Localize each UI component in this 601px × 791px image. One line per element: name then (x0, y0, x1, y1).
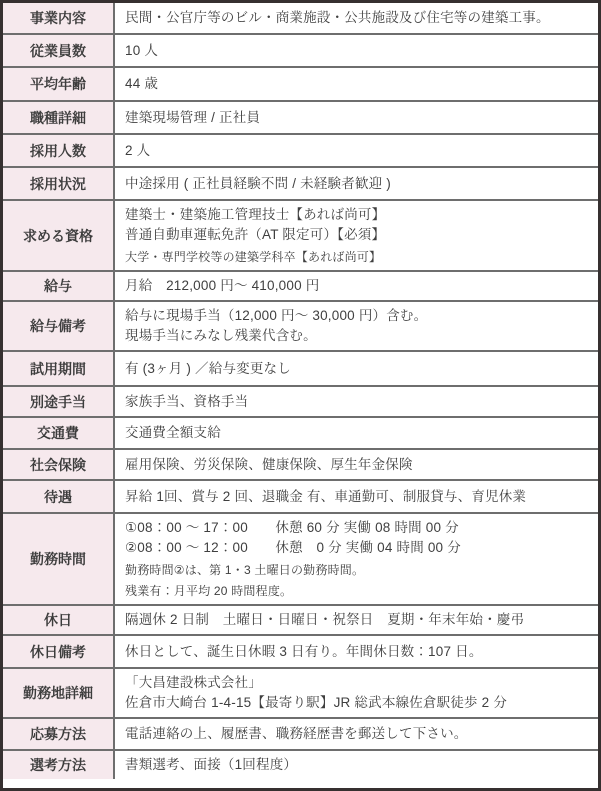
value-line: 休日として、誕生日休暇 3 日有り。年間休日数：107 日。 (125, 642, 586, 662)
row-label: 採用人数 (3, 135, 115, 166)
row-hires-count: 採用人数 2 人 (3, 133, 598, 166)
row-holiday-notes: 休日備考 休日として、誕生日休暇 3 日有り。年間休日数：107 日。 (3, 634, 598, 667)
row-value: 10 人 (115, 35, 598, 66)
row-label: 休日 (3, 606, 115, 634)
row-label: 選考方法 (3, 751, 115, 779)
row-value: 中途採用 ( 正社員経験不問 / 未経験者歓迎 ) (115, 168, 598, 199)
row-value: 44 歳 (115, 68, 598, 100)
row-value: 民間・公官庁等のビル・商業施設・公共施設及び住宅等の建築工事。 (115, 3, 598, 33)
row-value: 電話連絡の上、履歴書、職務経歴書を郵送して下さい。 (115, 719, 598, 749)
value-line: 交通費全額支給 (125, 423, 586, 443)
job-details-table: 事業内容 民間・公官庁等のビル・商業施設・公共施設及び住宅等の建築工事。 従業員… (0, 0, 601, 791)
row-label: 事業内容 (3, 3, 115, 33)
value-line: 2 人 (125, 141, 586, 161)
value-line: 44 歳 (125, 74, 586, 94)
value-line: 中途採用 ( 正社員経験不問 / 未経験者歓迎 ) (125, 174, 586, 194)
row-label: 従業員数 (3, 35, 115, 66)
row-employee-count: 従業員数 10 人 (3, 33, 598, 66)
row-label: 平均年齢 (3, 68, 115, 100)
value-line: 10 人 (125, 41, 586, 61)
row-label: 試用期間 (3, 352, 115, 385)
row-benefits: 待遇 昇給 1回、賞与 2 回、退職金 有、車通勤可、制服貸与、育児休業 (3, 479, 598, 512)
value-line: 佐倉市大崎台 1-4-15【最寄り駅】JR 総武本線佐倉駅徒歩 2 分 (125, 693, 586, 713)
value-line: 普通自動車運転免許（AT 限定可）【必須】 (125, 225, 586, 245)
value-line: 書類選考、面接（1回程度） (125, 755, 586, 775)
row-value: 交通費全額支給 (115, 418, 598, 448)
row-label: 採用状況 (3, 168, 115, 199)
row-value: 給与に現場手当（12,000 円～ 30,000 円）含む。 現場手当にみなし残… (115, 302, 598, 350)
value-line: 昇給 1回、賞与 2 回、退職金 有、車通勤可、制服貸与、育児休業 (125, 487, 586, 507)
value-line: 民間・公官庁等のビル・商業施設・公共施設及び住宅等の建築工事。 (125, 8, 586, 28)
value-line: 大学・専門学校等の建築学科卒【あれば尚可】 (125, 248, 586, 266)
row-value: 月給 212,000 円～ 410,000 円 (115, 272, 598, 300)
row-application-method: 応募方法 電話連絡の上、履歴書、職務経歴書を郵送して下さい。 (3, 717, 598, 749)
value-line: ①08：00 ～ 17：00 休憩 60 分 実働 08 時間 00 分 (125, 518, 586, 538)
row-value: 家族手当、資格手当 (115, 387, 598, 416)
row-business-content: 事業内容 民間・公官庁等のビル・商業施設・公共施設及び住宅等の建築工事。 (3, 3, 598, 33)
row-workplace-detail: 勤務地詳細 「大昌建設株式会社」 佐倉市大崎台 1-4-15【最寄り駅】JR 総… (3, 667, 598, 717)
row-holidays: 休日 隔週休 2 日制 土曜日・日曜日・祝祭日 夏期・年末年始・慶弔 (3, 604, 598, 634)
row-label: 別途手当 (3, 387, 115, 416)
value-line: 有 (3ヶ月 ) ／給与変更なし (125, 359, 586, 379)
row-social-insurance: 社会保険 雇用保険、労災保険、健康保険、厚生年金保険 (3, 448, 598, 479)
row-label: 応募方法 (3, 719, 115, 749)
value-line: 電話連絡の上、履歴書、職務経歴書を郵送して下さい。 (125, 724, 586, 744)
row-value: ①08：00 ～ 17：00 休憩 60 分 実働 08 時間 00 分 ②08… (115, 514, 598, 604)
value-line: ②08：00 ～ 12：00 休憩 0 分 実働 04 時間 00 分 (125, 538, 586, 558)
row-additional-allowances: 別途手当 家族手当、資格手当 (3, 385, 598, 416)
row-value: 昇給 1回、賞与 2 回、退職金 有、車通勤可、制服貸与、育児休業 (115, 481, 598, 512)
row-label: 待遇 (3, 481, 115, 512)
row-selection-method: 選考方法 書類選考、面接（1回程度） (3, 749, 598, 779)
row-salary-notes: 給与備考 給与に現場手当（12,000 円～ 30,000 円）含む。 現場手当… (3, 300, 598, 350)
row-label: 休日備考 (3, 636, 115, 667)
value-line: 建築士・建築施工管理技士【あれば尚可】 (125, 205, 586, 225)
row-label: 職種詳細 (3, 102, 115, 133)
value-line: 雇用保険、労災保険、健康保険、厚生年金保険 (125, 455, 586, 475)
value-line: 勤務時間②は、第 1・3 土曜日の勤務時間。 (125, 561, 586, 579)
row-salary: 給与 月給 212,000 円～ 410,000 円 (3, 270, 598, 300)
row-hiring-status: 採用状況 中途採用 ( 正社員経験不問 / 未経験者歓迎 ) (3, 166, 598, 199)
row-label: 交通費 (3, 418, 115, 448)
row-value: 「大昌建設株式会社」 佐倉市大崎台 1-4-15【最寄り駅】JR 総武本線佐倉駅… (115, 669, 598, 717)
value-line: 家族手当、資格手当 (125, 392, 586, 412)
row-label: 給与 (3, 272, 115, 300)
row-value: 有 (3ヶ月 ) ／給与変更なし (115, 352, 598, 385)
row-value: 建築士・建築施工管理技士【あれば尚可】 普通自動車運転免許（AT 限定可）【必須… (115, 201, 598, 270)
row-value: 雇用保険、労災保険、健康保険、厚生年金保険 (115, 450, 598, 479)
row-label: 勤務地詳細 (3, 669, 115, 717)
value-line: 残業有：月平均 20 時間程度。 (125, 582, 586, 600)
row-value: 建築現場管理 / 正社員 (115, 102, 598, 133)
row-label: 勤務時間 (3, 514, 115, 604)
row-average-age: 平均年齢 44 歳 (3, 66, 598, 100)
row-label: 社会保険 (3, 450, 115, 479)
row-working-hours: 勤務時間 ①08：00 ～ 17：00 休憩 60 分 実働 08 時間 00 … (3, 512, 598, 604)
value-line: 隔週休 2 日制 土曜日・日曜日・祝祭日 夏期・年末年始・慶弔 (125, 610, 586, 630)
row-value: 休日として、誕生日休暇 3 日有り。年間休日数：107 日。 (115, 636, 598, 667)
value-line: 「大昌建設株式会社」 (125, 673, 586, 693)
value-line: 建築現場管理 / 正社員 (125, 108, 586, 128)
value-line: 現場手当にみなし残業代含む。 (125, 326, 586, 346)
row-required-qualifications: 求める資格 建築士・建築施工管理技士【あれば尚可】 普通自動車運転免許（AT 限… (3, 199, 598, 270)
row-value: 2 人 (115, 135, 598, 166)
row-value: 隔週休 2 日制 土曜日・日曜日・祝祭日 夏期・年末年始・慶弔 (115, 606, 598, 634)
row-commuting-expenses: 交通費 交通費全額支給 (3, 416, 598, 448)
row-value: 書類選考、面接（1回程度） (115, 751, 598, 779)
row-job-type-detail: 職種詳細 建築現場管理 / 正社員 (3, 100, 598, 133)
row-label: 給与備考 (3, 302, 115, 350)
row-probation-period: 試用期間 有 (3ヶ月 ) ／給与変更なし (3, 350, 598, 385)
value-line: 給与に現場手当（12,000 円～ 30,000 円）含む。 (125, 306, 586, 326)
row-label: 求める資格 (3, 201, 115, 270)
value-line: 月給 212,000 円～ 410,000 円 (125, 276, 586, 296)
